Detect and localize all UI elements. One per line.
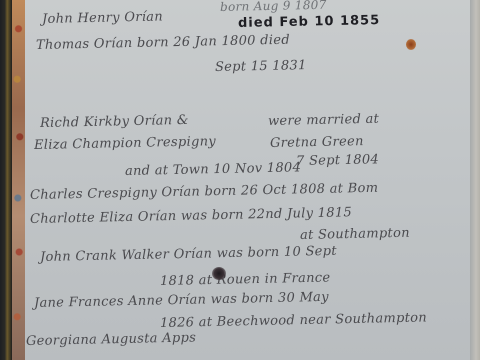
document-photo: born Aug 9 1807 John Henry Orían died Fe… bbox=[0, 0, 480, 360]
book-binding bbox=[0, 0, 12, 360]
text-line-richard-kirkby: Richd Kirkby Orían & bbox=[40, 113, 189, 131]
text-line-were-married: were married at bbox=[268, 112, 379, 129]
marbled-endpaper-edge bbox=[12, 0, 25, 360]
text-line-john-henry: John Henry Orían bbox=[42, 9, 163, 27]
text-line-died-1855: died Feb 10 1855 bbox=[238, 13, 381, 31]
page-edge bbox=[470, 0, 480, 360]
rust-stain bbox=[406, 39, 416, 50]
text-line-southampton: at Southampton bbox=[300, 226, 410, 243]
text-line-sept-1831: Sept 15 1831 bbox=[215, 58, 307, 75]
text-line-gretna-green: Gretna Green bbox=[270, 134, 364, 151]
ink-blot bbox=[212, 267, 226, 280]
text-line-born-1807: born Aug 9 1807 bbox=[220, 0, 327, 14]
text-line-sept-1804: 7 Sept 1804 bbox=[296, 152, 379, 169]
